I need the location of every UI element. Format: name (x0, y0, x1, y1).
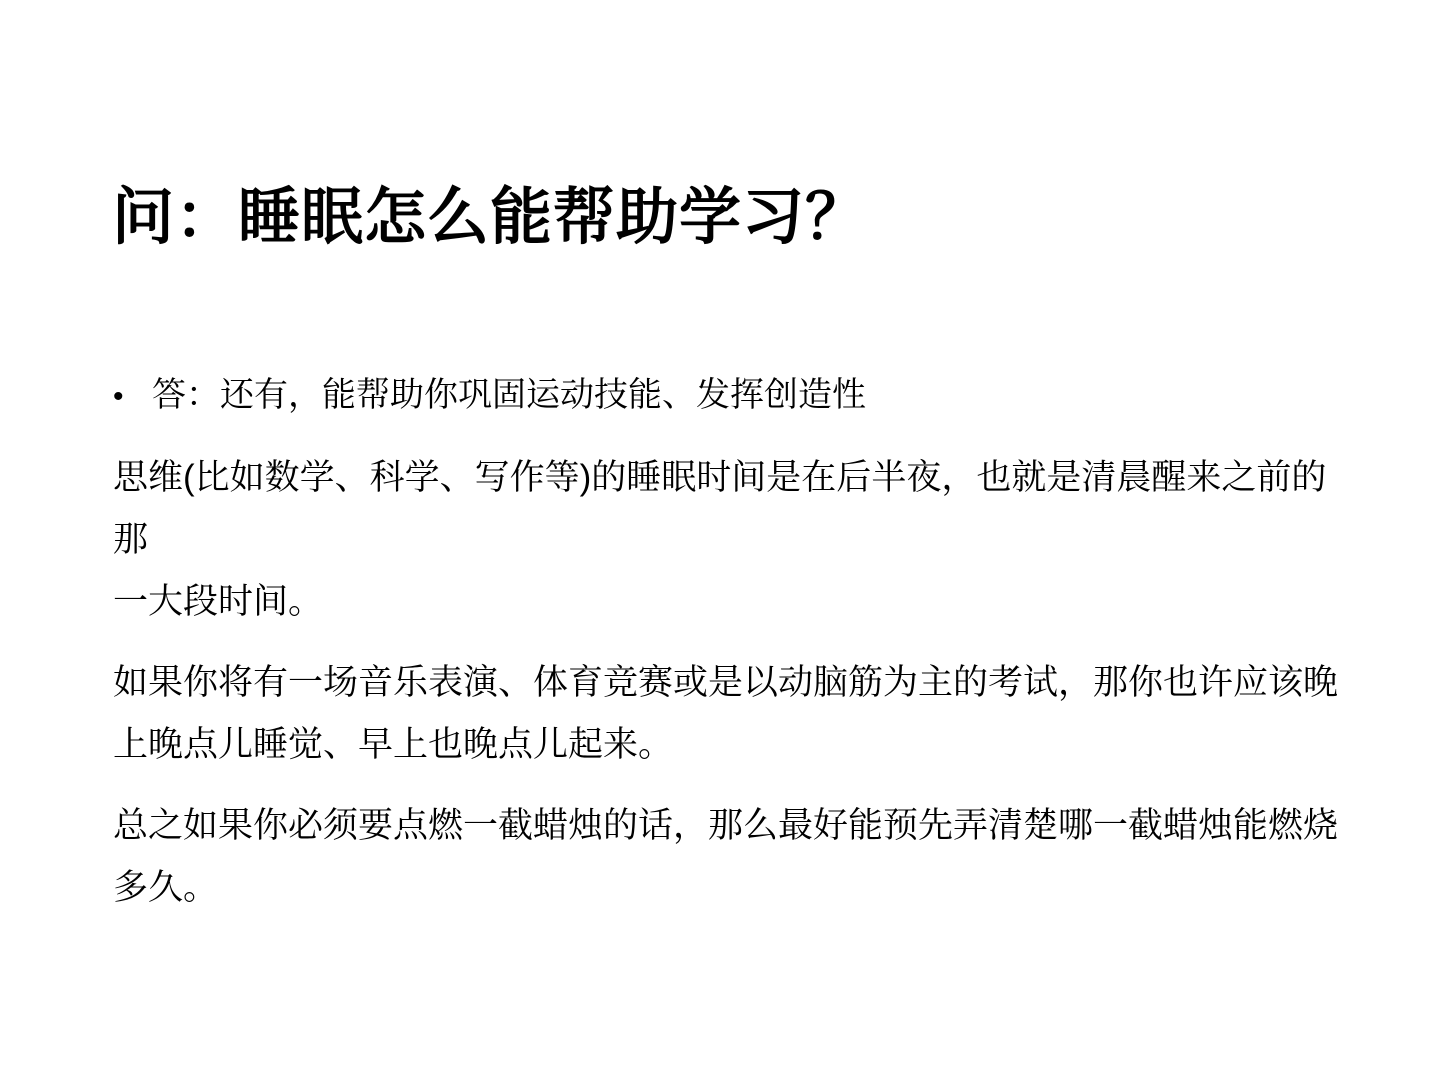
paragraph-line: 思维(比如数学、科学、写作等)的睡眠时间是在后半夜，也就是清晨醒来之前的那 (113, 447, 1353, 571)
bullet-icon: • (113, 366, 124, 428)
paragraph-line: 上晚点儿睡觉、早上也晚点儿起来。 (113, 714, 1353, 776)
bullet-item: • 答：还有，能帮助你巩固运动技能、发挥创造性 (113, 364, 1353, 428)
presentation-slide: 问：睡眠怎么能帮助学习？ • 答：还有，能帮助你巩固运动技能、发挥创造性 思维(… (0, 0, 1440, 1080)
slide-body: • 答：还有，能帮助你巩固运动技能、发挥创造性 思维(比如数学、科学、写作等)的… (113, 364, 1353, 919)
paragraph-line: 总之如果你必须要点燃一截蜡烛的话，那么最好能预先弄清楚哪一截蜡烛能燃烧 (113, 795, 1353, 857)
paragraph: 思维(比如数学、科学、写作等)的睡眠时间是在后半夜，也就是清晨醒来之前的那 一大… (113, 447, 1353, 633)
bullet-marker-cell: • (113, 364, 152, 428)
paragraph: 总之如果你必须要点燃一截蜡烛的话，那么最好能预先弄清楚哪一截蜡烛能燃烧 多久。 (113, 795, 1353, 919)
paragraph-line: 如果你将有一场音乐表演、体育竞赛或是以动脑筋为主的考试，那你也许应该晚 (113, 652, 1353, 714)
paragraph-line: 一大段时间。 (113, 571, 1353, 633)
paragraph-line: 多久。 (113, 857, 1353, 919)
slide-title: 问：睡眠怎么能帮助学习？ (112, 182, 868, 253)
bullet-text: 答：还有，能帮助你巩固运动技能、发挥创造性 (152, 364, 1353, 426)
paragraph: 如果你将有一场音乐表演、体育竞赛或是以动脑筋为主的考试，那你也许应该晚 上晚点儿… (113, 652, 1353, 776)
